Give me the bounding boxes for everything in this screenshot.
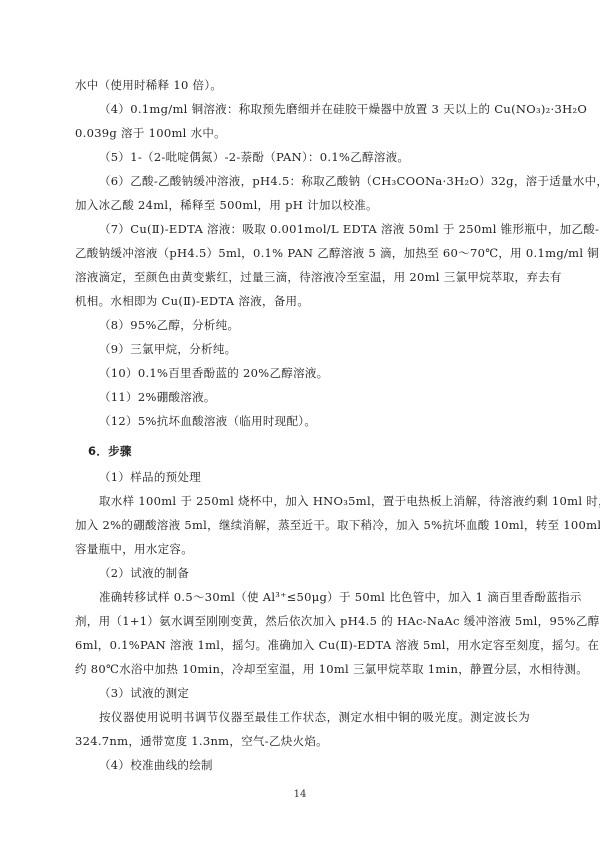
- step-line: 容量瓶中，用水定容。: [75, 542, 530, 556]
- page-number: 14: [0, 789, 600, 800]
- text-line: 加入冰乙酸 24ml，稀释至 500ml，用 pH 计加以校准。: [75, 198, 530, 212]
- section-heading: 6．步骤: [88, 444, 519, 458]
- text-line: （10）0.1%百里香酚蓝的 20%乙醇溶液。: [99, 366, 530, 380]
- document-page: 水中（使用时稀释 10 倍）。（4）0.1mg/ml 铜溶液：称取预先磨细并在硅…: [0, 0, 600, 848]
- text-line: 溶液滴定，至颜色由黄变紫红，过量三滴，待溶液冷至室温，用 20ml 三氯甲烷萃取…: [75, 270, 530, 284]
- step-line: 取水样 100ml 于 250ml 烧杯中，加入 HNO₃5ml，置于电热板上消…: [99, 494, 530, 508]
- text-line: （12）5%抗坏血酸溶液（临用时现配）。: [99, 414, 530, 428]
- step-line: （1）样品的预处理: [99, 470, 530, 484]
- step-line: 约 80℃水浴中加热 10min，冷却至室温，用 10ml 三氯甲烷萃取 1mi…: [75, 662, 530, 676]
- step-line: 6ml，0.1%PAN 溶液 1ml，摇匀。准确加入 Cu(Ⅱ)-EDTA 溶液…: [75, 638, 530, 652]
- text-line: （11）2%硼酸溶液。: [99, 390, 530, 404]
- step-line: 加入 2%的硼酸溶液 5ml，继续消解，蒸至近干。取下稍冷，加入 5%抗坏血酸 …: [75, 518, 530, 532]
- text-line: （4）0.1mg/ml 铜溶液：称取预先磨细并在硅胶干燥器中放置 3 天以上的 …: [99, 102, 530, 116]
- step-line: （4）校准曲线的绘制: [99, 758, 530, 772]
- text-line: 乙酸钠缓冲溶液（pH4.5）5ml，0.1% PAN 乙醇溶液 5 滴，加热至 …: [75, 246, 530, 260]
- text-line: （5）1-（2-吡啶偶氮）-2-萘酚（PAN）：0.1%乙醇溶液。: [99, 150, 530, 164]
- text-line: （6）乙酸-乙酸钠缓冲溶液，pH4.5：称取乙酸钠（CH₃COONa·3H₂O）…: [99, 174, 530, 188]
- text-line: 水中（使用时稀释 10 倍）。: [75, 78, 530, 92]
- text-line: （8）95%乙醇，分析纯。: [99, 318, 530, 332]
- text-line: 0.039g 溶于 100ml 水中。: [75, 126, 530, 140]
- step-line: （3）试液的测定: [99, 686, 530, 700]
- step-line: 按仪器使用说明书调节仪器至最佳工作状态，测定水相中铜的吸光度。测定波长为: [99, 710, 530, 724]
- text-line: （9）三氯甲烷，分析纯。: [99, 342, 530, 356]
- step-line: （2）试液的制备: [99, 566, 530, 580]
- text-line: （7）Cu(Ⅱ)-EDTA 溶液：吸取 0.001mol/L EDTA 溶液 5…: [99, 222, 530, 236]
- step-line: 324.7nm，通带宽度 1.3nm，空气-乙炔火焰。: [75, 734, 530, 748]
- step-line: 剂，用（1+1）氨水调至刚刚变黄，然后依次加入 pH4.5 的 HAc-NaAc…: [75, 614, 530, 628]
- text-line: 机相。水相即为 Cu(Ⅱ)-EDTA 溶液，备用。: [75, 294, 530, 308]
- step-line: 准确转移试样 0.5～30ml（使 Al³⁺≤50μg）于 50ml 比色管中，…: [99, 590, 530, 604]
